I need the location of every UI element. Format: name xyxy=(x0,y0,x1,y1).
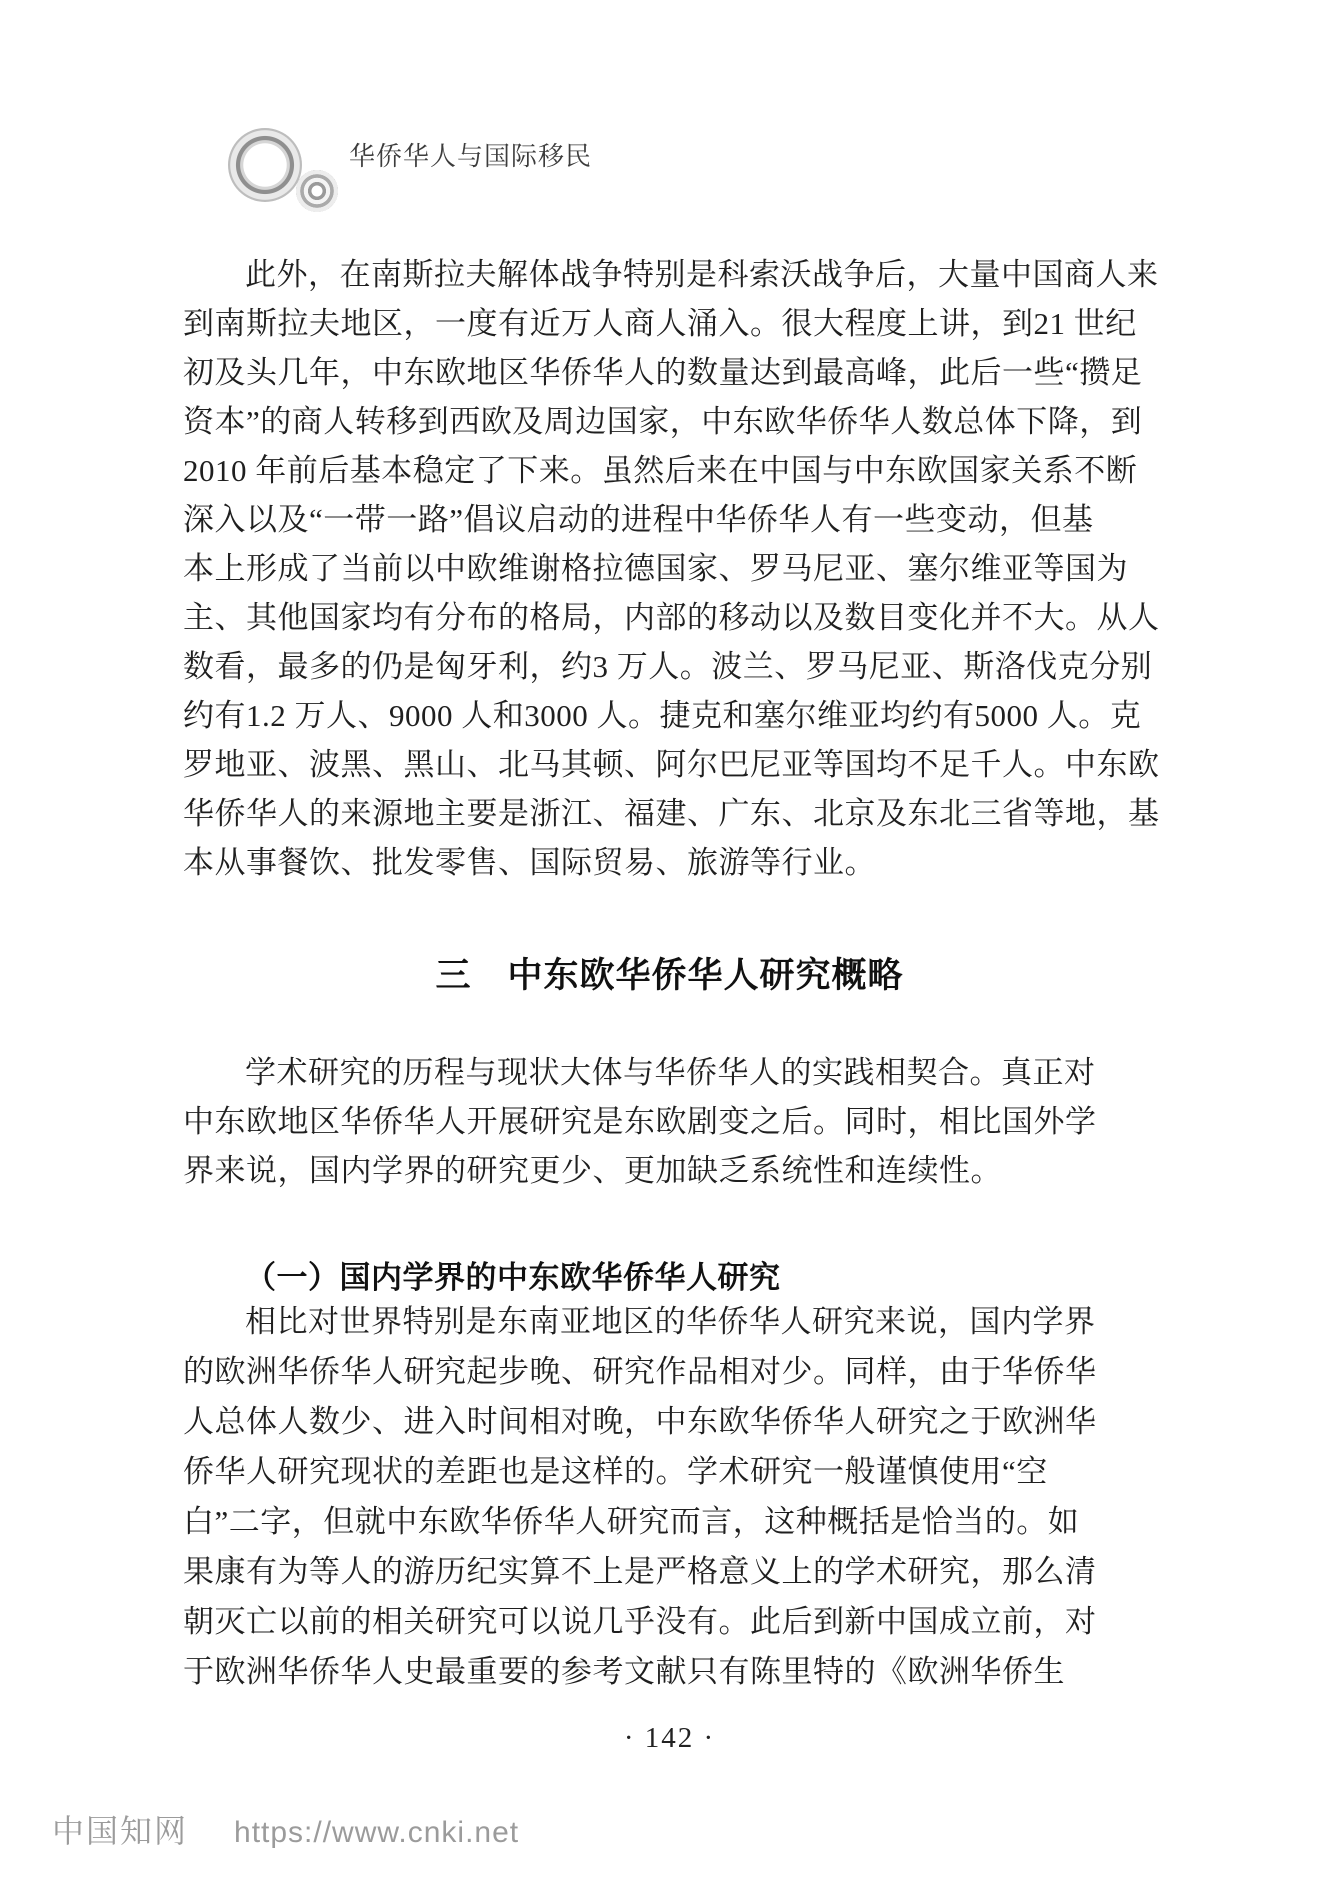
text-line: 初及头几年，中东欧地区华侨华人的数量达到最高峰，此后一些“攒足 xyxy=(183,348,1156,397)
text-line: 约有1.2 万人、9000 人和3000 人。捷克和塞尔维亚均约有5000 人。… xyxy=(183,691,1156,740)
text-line: 中东欧地区华侨华人开展研究是东欧剧变之后。同时，相比国外学 xyxy=(183,1097,1156,1146)
text-line: 2010 年前后基本稳定了下来。虽然后来在中国与中东欧国家关系不断 xyxy=(183,446,1156,495)
text-line: 于欧洲华侨华人史最重要的参考文献只有陈里特的《欧洲华侨生 xyxy=(183,1647,1156,1697)
text-line: 界来说，国内学界的研究更少、更加缺乏系统性和连续性。 xyxy=(183,1146,1156,1195)
paragraph-domestic-research: 相比对世界特别是东南亚地区的华侨华人研究来说，国内学界的欧洲华侨华人研究起步晚、… xyxy=(183,1297,1156,1697)
text-line: 本从事餐饮、批发零售、国际贸易、旅游等行业。 xyxy=(183,838,1156,887)
text-line: 资本”的商人转移到西欧及周边国家，中东欧华侨华人数总体下降，到 xyxy=(183,397,1156,446)
cnki-site-url: https://www.cnki.net xyxy=(234,1816,519,1850)
text-line: 到南斯拉夫地区，一度有近万人商人涌入。很大程度上讲，到21 世纪 xyxy=(183,299,1156,348)
cnki-site-name: 中国知网 xyxy=(52,1806,188,1852)
paragraph-cee-overseas-chinese-overview: 此外，在南斯拉夫解体战争特别是科索沃战争后，大量中国商人来到南斯拉夫地区，一度有… xyxy=(183,250,1156,887)
subsection-heading: （一）国内学界的中东欧华侨华人研究 xyxy=(183,1252,1156,1297)
text-line: 华侨华人的来源地主要是浙江、福建、广东、北京及东北三省等地，基 xyxy=(183,789,1156,838)
text-line: 罗地亚、波黑、黑山、北马其顿、阿尔巴尼亚等国均不足千人。中东欧 xyxy=(183,740,1156,789)
text-line: 学术研究的历程与现状大体与华侨华人的实践相契合。真正对 xyxy=(183,1048,1156,1097)
section-heading: 三 中东欧华侨华人研究概略 xyxy=(183,948,1156,998)
text-line: 果康有为等人的游历纪实算不上是严格意义上的学术研究，那么清 xyxy=(183,1547,1156,1597)
logo-ring-small-icon xyxy=(296,170,338,212)
text-line: 朝灭亡以前的相关研究可以说几乎没有。此后到新中国成立前，对 xyxy=(183,1597,1156,1647)
text-line: 数看，最多的仍是匈牙利，约3 万人。波兰、罗马尼亚、斯洛伐克分别 xyxy=(183,642,1156,691)
text-line: 相比对世界特别是东南亚地区的华侨华人研究来说，国内学界 xyxy=(183,1297,1156,1347)
text-line: 人总体人数少、进入时间相对晚，中东欧华侨华人研究之于欧洲华 xyxy=(183,1397,1156,1447)
logo-ring-large-icon xyxy=(228,128,302,202)
paragraph-research-overview: 学术研究的历程与现状大体与华侨华人的实践相契合。真正对中东欧地区华侨华人开展研究… xyxy=(183,1048,1156,1195)
book-header: 华侨华人与国际移民 xyxy=(0,0,1338,220)
text-line: 白”二字，但就中东欧华侨华人研究而言，这种概括是恰当的。如 xyxy=(183,1497,1156,1547)
cnki-watermark: 中国知网 https://www.cnki.net xyxy=(52,1806,519,1852)
page-number: · 142 · xyxy=(183,1722,1156,1755)
book-series-title: 华侨华人与国际移民 xyxy=(349,136,592,173)
text-line: 本上形成了当前以中欧维谢格拉德国家、罗马尼亚、塞尔维亚等国为 xyxy=(183,544,1156,593)
text-line: 深入以及“一带一路”倡议启动的进程中华侨华人有一些变动，但基 xyxy=(183,495,1156,544)
text-line: 主、其他国家均有分布的格局，内部的移动以及数目变化并不大。从人 xyxy=(183,593,1156,642)
text-line: 此外，在南斯拉夫解体战争特别是科索沃战争后，大量中国商人来 xyxy=(183,250,1156,299)
text-line: 侨华人研究现状的差距也是这样的。学术研究一般谨慎使用“空 xyxy=(183,1447,1156,1497)
text-line: 的欧洲华侨华人研究起步晚、研究作品相对少。同样，由于华侨华 xyxy=(183,1347,1156,1397)
document-page: 华侨华人与国际移民 此外，在南斯拉夫解体战争特别是科索沃战争后，大量中国商人来到… xyxy=(0,0,1338,1890)
